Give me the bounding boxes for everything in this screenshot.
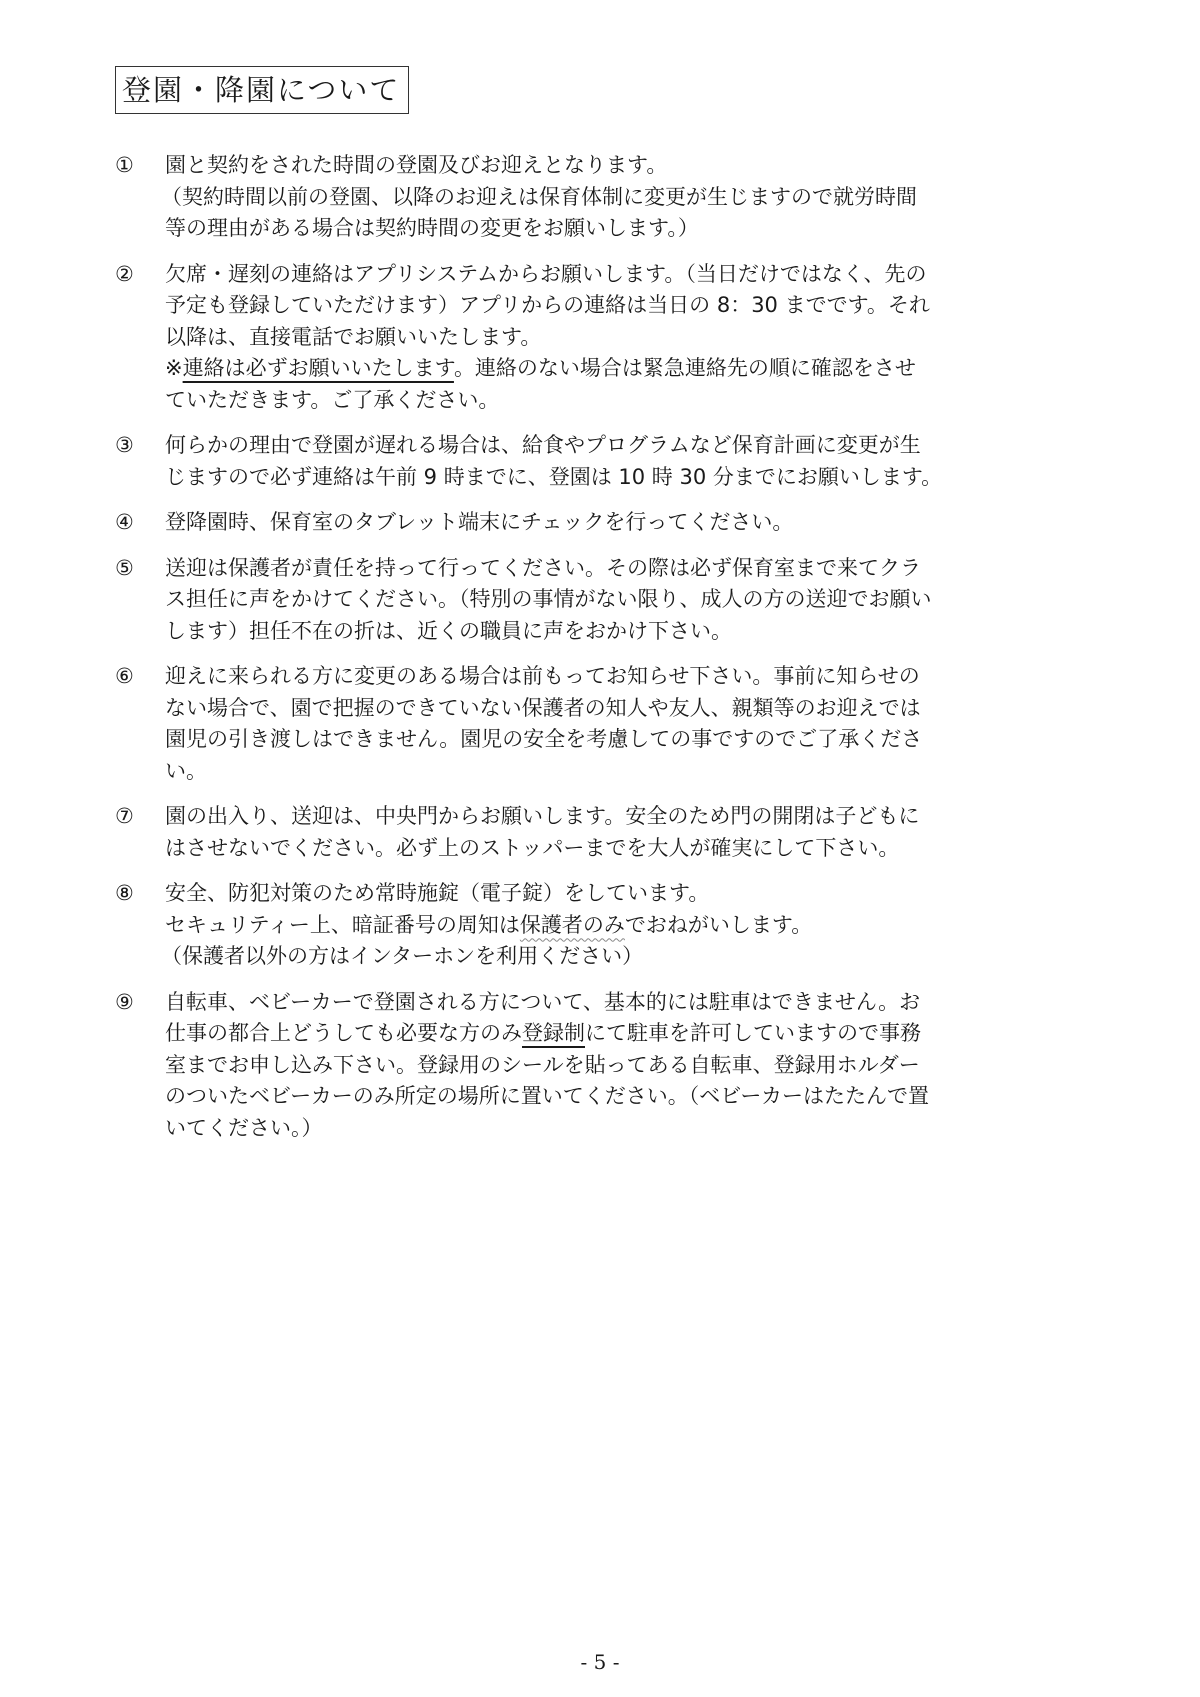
list-item: ⑤ 送迎は保護者が責任を持って行ってください。その際は必ず保育室まで来てクラ ス… [115, 553, 1075, 648]
item-text: い。 [165, 756, 1075, 788]
item-note: ※連絡は必ずお願いいたします。連絡のない場合は緊急連絡先の順に確認をさせ [165, 353, 1075, 385]
item-text: 仕事の都合上どうしても必要な方のみ登録制にて駐車を許可していますので事務 [165, 1018, 1075, 1050]
item-text: 園児の引き渡しはできません。園児の安全を考慮しての事ですのでご了承くださ [165, 724, 1075, 756]
rules-list: ① 園と契約をされた時間の登園及びお迎えとなります。 （契約時間以前の登園、以降… [115, 150, 1075, 1158]
item-text: 園と契約をされた時間の登園及びお迎えとなります。 [165, 150, 1075, 182]
list-item: ⑥ 迎えに来られる方に変更のある場合は前もってお知らせ下さい。事前に知らせの な… [115, 661, 1075, 787]
item-text: セキュリティー上、暗証番号の周知は保護者のみでおねがいします。 [165, 910, 1075, 942]
item-text: 以降は、直接電話でお願いいたします。 [165, 322, 1075, 354]
item-number: ⑥ [115, 661, 165, 787]
list-item: ① 園と契約をされた時間の登園及びお迎えとなります。 （契約時間以前の登園、以降… [115, 150, 1075, 245]
text-segment: にて駐車を許可していますので事務 [585, 1021, 921, 1045]
list-item: ⑨ 自転車、ベビーカーで登園される方について、基本的には駐車はできません。お 仕… [115, 987, 1075, 1145]
list-item: ⑧ 安全、防犯対策のため常時施錠（電子錠）をしています。 セキュリティー上、暗証… [115, 878, 1075, 973]
item-text: じますので必ず連絡は午前 9 時までに、登園は 10 時 30 分までにお願いし… [165, 462, 1075, 494]
underlined-text: 連絡は必ずお願いいたします [183, 356, 454, 380]
text-segment: セキュリティー上、暗証番号の周知は [165, 913, 520, 937]
section-title: 登園・降園について [115, 66, 409, 114]
item-number: ⑨ [115, 987, 165, 1145]
note-text: 。連絡のない場合は緊急連絡先の順に確認をさせ [454, 356, 916, 380]
item-text: 迎えに来られる方に変更のある場合は前もってお知らせ下さい。事前に知らせの [165, 661, 1075, 693]
list-item: ② 欠席・遅刻の連絡はアプリシステムからお願いします。（当日だけではなく、先の … [115, 259, 1075, 417]
text-segment: 仕事の都合上どうしても必要な方のみ [165, 1021, 522, 1045]
wavy-underlined-text: 保護者のみ [520, 913, 625, 937]
item-text: ス担任に声をかけてください。（特別の事情がない限り、成人の方の送迎でお願い [165, 584, 1075, 616]
item-text: 室までお申し込み下さい。登録用のシールを貼ってある自転車、登録用ホルダー [165, 1050, 1075, 1082]
text-segment: でおねがいします。 [625, 913, 812, 937]
item-number: ④ [115, 507, 165, 539]
item-text: ていただきます。ご了承ください。 [165, 385, 1075, 417]
item-number: ⑧ [115, 878, 165, 973]
item-text: 送迎は保護者が責任を持って行ってください。その際は必ず保育室まで来てクラ [165, 553, 1075, 585]
underlined-text: 登録制 [522, 1021, 585, 1045]
page-number: - 5 - [0, 1650, 1200, 1674]
item-text: 安全、防犯対策のため常時施錠（電子錠）をしています。 [165, 878, 1075, 910]
item-text: します）担任不在の折は、近くの職員に声をおかけ下さい。 [165, 616, 1075, 648]
item-text: 予定も登録していただけます）アプリからの連絡は当日の 8：30 までです。それ [165, 290, 1075, 322]
item-text: （契約時間以前の登園、以降のお迎えは保育体制に変更が生じますので就労時間 [161, 182, 1075, 214]
item-text: 何らかの理由で登園が遅れる場合は、給食やプログラムなど保育計画に変更が生 [165, 430, 1075, 462]
item-text: 登降園時、保育室のタブレット端末にチェックを行ってください。 [165, 507, 1075, 539]
item-number: ③ [115, 430, 165, 493]
item-number: ① [115, 150, 165, 245]
list-item: ③ 何らかの理由で登園が遅れる場合は、給食やプログラムなど保育計画に変更が生 じ… [115, 430, 1075, 493]
item-number: ② [115, 259, 165, 417]
item-text: ない場合で、園で把握のできていない保護者の知人や友人、親類等のお迎えでは [165, 693, 1075, 725]
list-item: ⑦ 園の出入り、送迎は、中央門からお願いします。安全のため門の開閉は子どもに は… [115, 801, 1075, 864]
item-text: 園の出入り、送迎は、中央門からお願いします。安全のため門の開閉は子どもに [165, 801, 1075, 833]
item-text: 等の理由がある場合は契約時間の変更をお願いします。） [165, 213, 1075, 245]
note-mark: ※ [165, 356, 183, 380]
item-text: （保護者以外の方はインターホンを利用ください） [161, 941, 1075, 973]
item-text: いてください。） [165, 1113, 1075, 1145]
list-item: ④ 登降園時、保育室のタブレット端末にチェックを行ってください。 [115, 507, 1075, 539]
item-number: ⑤ [115, 553, 165, 648]
item-number: ⑦ [115, 801, 165, 864]
item-text: のついたベビーカーのみ所定の場所に置いてください。（ベビーカーはたたんで置 [165, 1081, 1075, 1113]
item-text: はさせないでください。必ず上のストッパーまでを大人が確実にして下さい。 [165, 833, 1075, 865]
item-text: 欠席・遅刻の連絡はアプリシステムからお願いします。（当日だけではなく、先の [165, 259, 1075, 291]
item-text: 自転車、ベビーカーで登園される方について、基本的には駐車はできません。お [165, 987, 1075, 1019]
